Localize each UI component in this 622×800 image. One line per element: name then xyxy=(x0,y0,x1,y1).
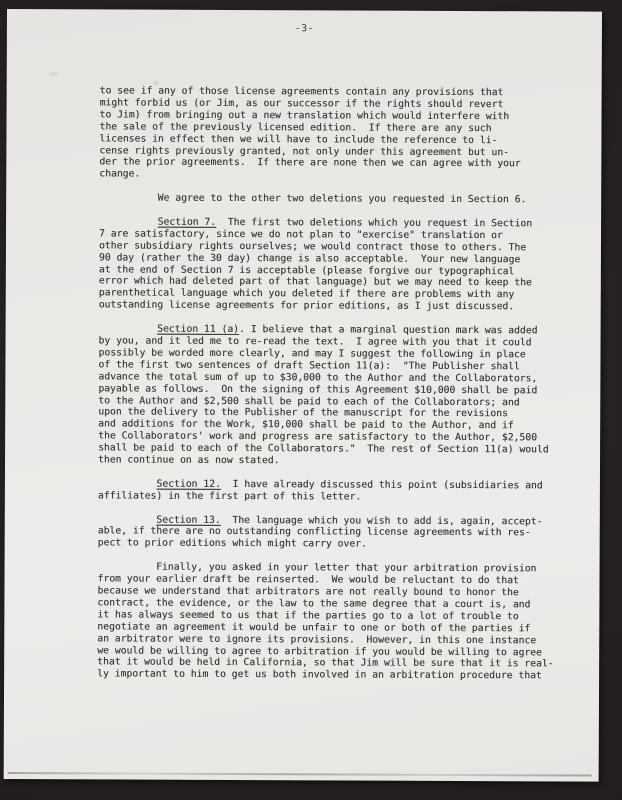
text-line: We agree to the other two deletions you … xyxy=(99,193,555,207)
text-line: pect to prior editions which might carry… xyxy=(98,538,554,552)
paper-bottom-edge xyxy=(8,772,592,777)
paragraph: Finally, you asked in your letter that y… xyxy=(97,562,554,683)
paragraph: Section 12. I have already discussed thi… xyxy=(98,478,555,504)
paragraph: Section 11 (a). I believe that a margina… xyxy=(98,323,555,468)
text-line: affiliates) in the first part of this le… xyxy=(98,490,554,504)
scan-smudge xyxy=(154,82,159,85)
paragraph: to see if any of those license agreement… xyxy=(99,85,556,182)
letter-body: to see if any of those license agreement… xyxy=(97,85,556,682)
text-line: then continue on as now stated. xyxy=(98,454,554,468)
section-heading: Section 12. xyxy=(156,479,220,490)
section-heading: Section 7. xyxy=(158,217,217,228)
scan-background: -3- to see if any of those license agree… xyxy=(0,0,622,800)
text-line: der the prior agreements. If there are n… xyxy=(99,157,555,171)
text-line: outstanding license agreements for prior… xyxy=(99,300,555,314)
section-heading: Section 13. xyxy=(156,514,220,525)
paragraph: Section 7. The first two deletions which… xyxy=(99,216,556,313)
scan-smudge xyxy=(49,73,58,75)
text-line: change. xyxy=(99,169,555,183)
page-number: -3- xyxy=(7,22,602,36)
paragraph: Section 13. The language which you wish … xyxy=(98,514,555,552)
section-heading: Section 11 (a) xyxy=(157,324,239,335)
paragraph: We agree to the other two deletions you … xyxy=(99,193,555,207)
text-line: ly important to him to get us both invol… xyxy=(97,669,553,683)
document-page: -3- to see if any of those license agree… xyxy=(4,9,602,782)
